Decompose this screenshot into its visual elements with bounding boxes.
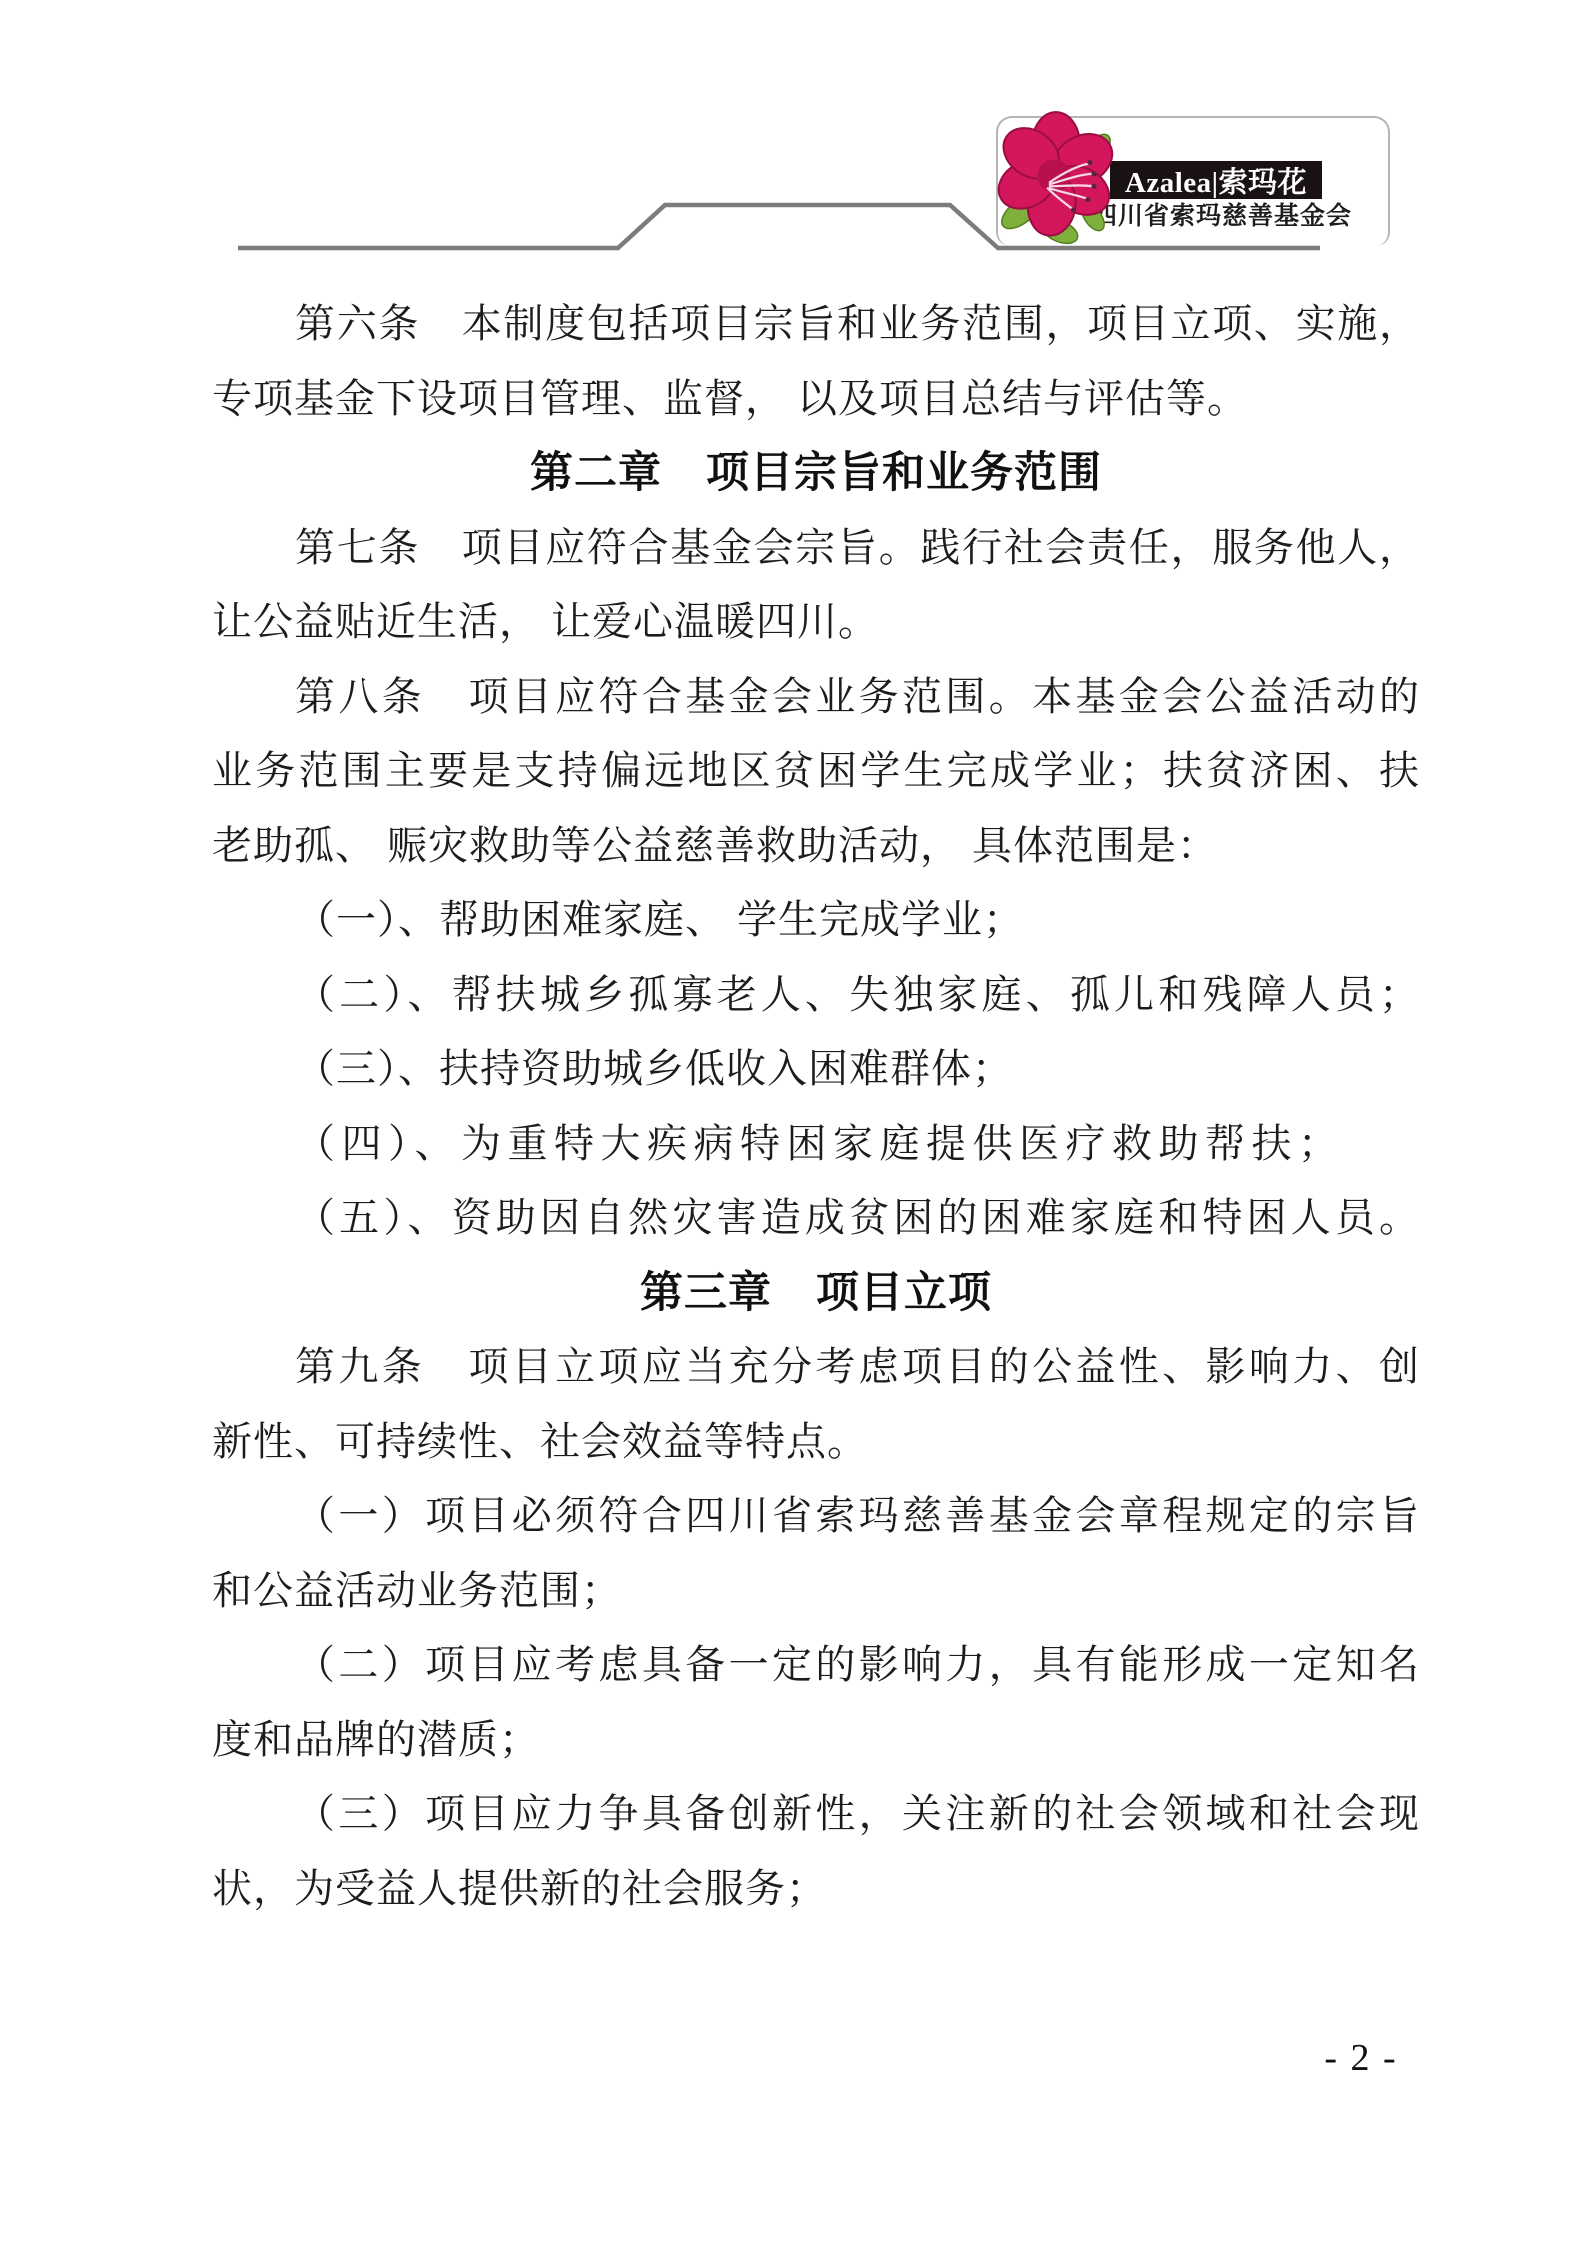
text-line: （四）、为重特大疾病特困家庭提供医疗救助帮扶； <box>212 1107 1420 1182</box>
text-line: 老助孤、 赈灾救助等公益慈善救助活动， 具体范围是： <box>212 809 1420 884</box>
organization-name: 四川省索玛慈善基金会 <box>1092 201 1324 233</box>
logo-banner: Azalea|索玛花 <box>1110 161 1322 199</box>
text-line: （一）、帮助困难家庭、 学生完成学业； <box>212 883 1420 958</box>
text-line: 让公益贴近生活， 让爱心温暖四川。 <box>212 585 1420 660</box>
document-body: 第六条 本制度包括项目宗旨和业务范围，项目立项、实施，专项基金下设项目管理、监督… <box>212 287 1420 1926</box>
brand-name-label: Azalea|索玛花 <box>1125 160 1307 201</box>
text-line: 业务范围主要是支持偏远地区贫困学生完成学业；扶贫济困、扶 <box>212 734 1420 809</box>
text-line: （一）项目必须符合四川省索玛慈善基金会章程规定的宗旨 <box>212 1479 1420 1554</box>
document-page: Azalea|索玛花 四川省索玛慈善基金会 <box>0 0 1587 2245</box>
text-line: （二）项目应考虑具备一定的影响力，具有能形成一定知名 <box>212 1628 1420 1703</box>
text-line: （五）、资助因自然灾害造成贫困的困难家庭和特困人员。 <box>212 1181 1420 1256</box>
text-line: （二）、帮扶城乡孤寡老人、失独家庭、孤儿和残障人员； <box>212 958 1420 1033</box>
chapter-heading: 第二章 项目宗旨和业务范围 <box>212 436 1420 511</box>
text-line: 新性、可持续性、社会效益等特点。 <box>212 1405 1420 1480</box>
text-line: 状，为受益人提供新的社会服务； <box>212 1852 1420 1927</box>
text-line: 第七条 项目应符合基金会宗旨。践行社会责任，服务他人， <box>212 511 1420 586</box>
text-line: （三）、扶持资助城乡低收入困难群体； <box>212 1032 1420 1107</box>
text-line: 第九条 项目立项应当充分考虑项目的公益性、影响力、创 <box>212 1330 1420 1405</box>
text-line: 和公益活动业务范围； <box>212 1554 1420 1629</box>
text-line: （三）项目应力争具备创新性，关注新的社会领域和社会现 <box>212 1777 1420 1852</box>
text-line: 第六条 本制度包括项目宗旨和业务范围，项目立项、实施， <box>212 287 1420 362</box>
text-line: 度和品牌的潜质； <box>212 1703 1420 1778</box>
page-number: - 2 - <box>1296 2034 1426 2082</box>
chapter-heading: 第三章 项目立项 <box>212 1256 1420 1331</box>
text-line: 第八条 项目应符合基金会业务范围。本基金会公益活动的 <box>212 660 1420 735</box>
text-line: 专项基金下设项目管理、监督， 以及项目总结与评估等。 <box>212 362 1420 437</box>
azalea-flower-icon <box>990 106 1126 248</box>
